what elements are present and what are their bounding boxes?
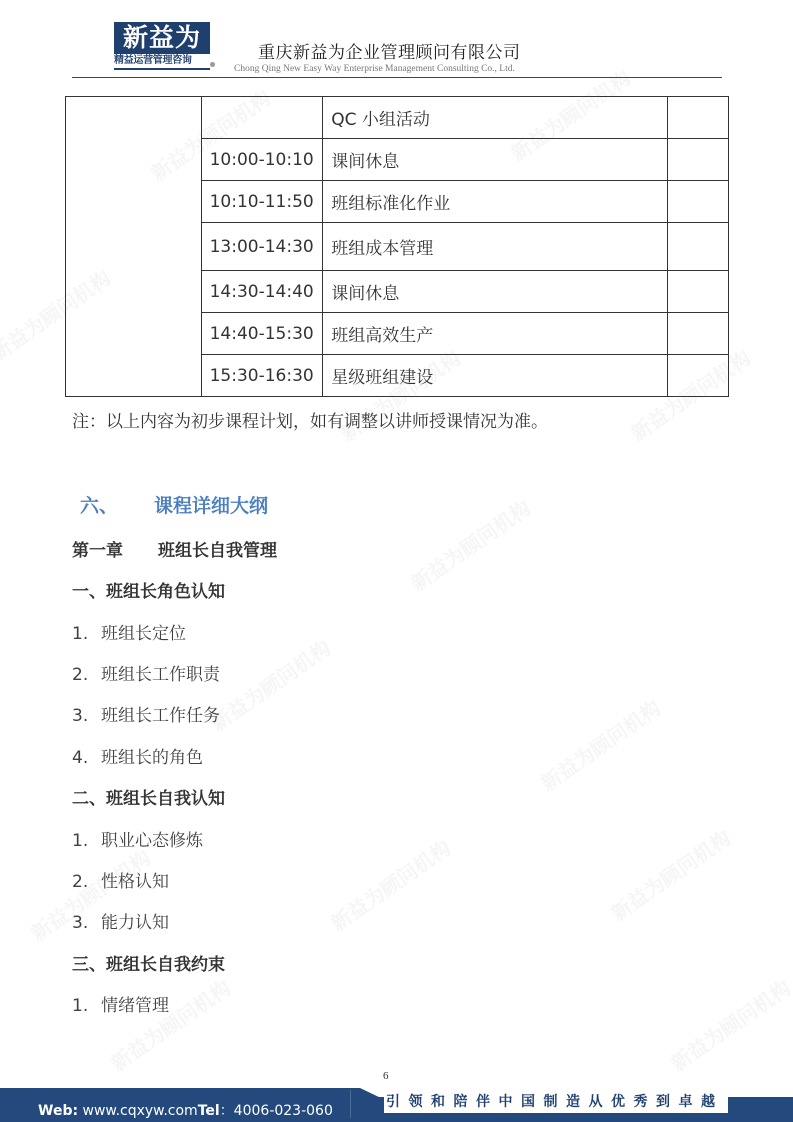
header-divider [72, 77, 722, 78]
watermark: 新益为顾问机构 [204, 632, 335, 736]
tel-label: Tel [198, 1103, 220, 1119]
table-cell-topic: 班组高效生产 [323, 313, 667, 355]
subsection-heading: 三、班组长自我约束 [72, 950, 225, 975]
table-cell-note [667, 355, 728, 397]
logo-sub-text: 精益运营管理咨询 [114, 54, 210, 70]
table-cell-time: 14:40-15:30 [201, 313, 323, 355]
table-cell-time: 10:10-11:50 [201, 181, 323, 223]
table-cell-time: 13:00-14:30 [201, 223, 323, 271]
list-item: 3.能力认知 [72, 908, 169, 933]
list-item: 1.班组长定位 [72, 619, 186, 644]
section-heading: 六、课程详细大纲 [80, 491, 268, 518]
table-cell-topic: 星级班组建设 [323, 355, 667, 397]
subsection-heading: 二、班组长自我认知 [72, 784, 225, 809]
logo-dot-icon [210, 62, 215, 67]
section-title: 课程详细大纲 [154, 495, 268, 517]
table-cell-time: 14:30-14:40 [201, 271, 323, 313]
footer-slogan: 引领和陪伴中国制造从优秀到卓越 [384, 1091, 728, 1113]
table-cell-note [667, 271, 728, 313]
company-logo: 新益为 精益运营管理咨询 [114, 22, 210, 70]
company-name-en: Chong Qing New Easy Way Enterprise Manag… [234, 64, 515, 74]
table-cell-time: 10:00-10:10 [201, 139, 323, 181]
watermark: 新益为顾问机构 [324, 832, 455, 936]
table-cell-topic: 班组成本管理 [323, 223, 667, 271]
company-name-cn: 重庆新益为企业管理顾问有限公司 [258, 38, 521, 63]
list-item: 1.情绪管理 [72, 991, 169, 1016]
watermark: 新益为顾问机构 [404, 492, 535, 596]
page-number: 6 [383, 1070, 389, 1082]
chapter-number: 第一章 [72, 536, 158, 561]
chapter-title: 班组长自我管理 [158, 541, 277, 561]
table-cell-note [667, 223, 728, 271]
tel-value: ：4006-023-060 [220, 1103, 333, 1119]
table-cell-topic: 班组标准化作业 [323, 181, 667, 223]
table-cell-time [201, 97, 323, 139]
list-item: 2.性格认知 [72, 867, 169, 892]
table-cell-topic: 课间休息 [323, 271, 667, 313]
table-row: QC 小组活动 [66, 97, 729, 139]
table-cell-topic: 课间休息 [323, 139, 667, 181]
watermark: 新益为顾问机构 [604, 822, 735, 926]
list-item: 1.职业心态修炼 [72, 826, 203, 851]
table-cell-time: 15:30-16:30 [201, 355, 323, 397]
section-number: 六、 [80, 491, 154, 518]
chapter-heading: 第一章班组长自我管理 [72, 536, 277, 561]
table-cell-note [667, 181, 728, 223]
table-cell-note [667, 97, 728, 139]
web-label: Web: [38, 1103, 78, 1119]
watermark: 新益为顾问机构 [664, 972, 793, 1076]
subsection-heading: 一、班组长角色认知 [72, 577, 225, 602]
schedule-note: 注：以上内容为初步课程计划，如有调整以讲师授课情况为准。 [72, 407, 548, 432]
list-item: 3.班组长工作任务 [72, 701, 220, 726]
watermark: 新益为顾问机构 [534, 692, 665, 796]
list-item: 4.班组长的角色 [72, 743, 203, 768]
table-cell-note [667, 139, 728, 181]
table-cell-topic: QC 小组活动 [323, 97, 667, 139]
table-cell-day [66, 97, 202, 397]
schedule-table: QC 小组活动 10:00-10:10 课间休息 10:10-11:50 班组标… [65, 96, 729, 397]
list-item: 2.班组长工作职责 [72, 660, 220, 685]
logo-main-text: 新益为 [114, 22, 210, 54]
table-cell-note [667, 313, 728, 355]
watermark: 新益为顾问机构 [104, 972, 235, 1076]
footer-divider [350, 1090, 351, 1118]
web-value: www.cqxyw.com [78, 1103, 198, 1119]
footer-contact: Web: www.cqxyw.comTel：4006-023-060 [38, 1100, 333, 1120]
